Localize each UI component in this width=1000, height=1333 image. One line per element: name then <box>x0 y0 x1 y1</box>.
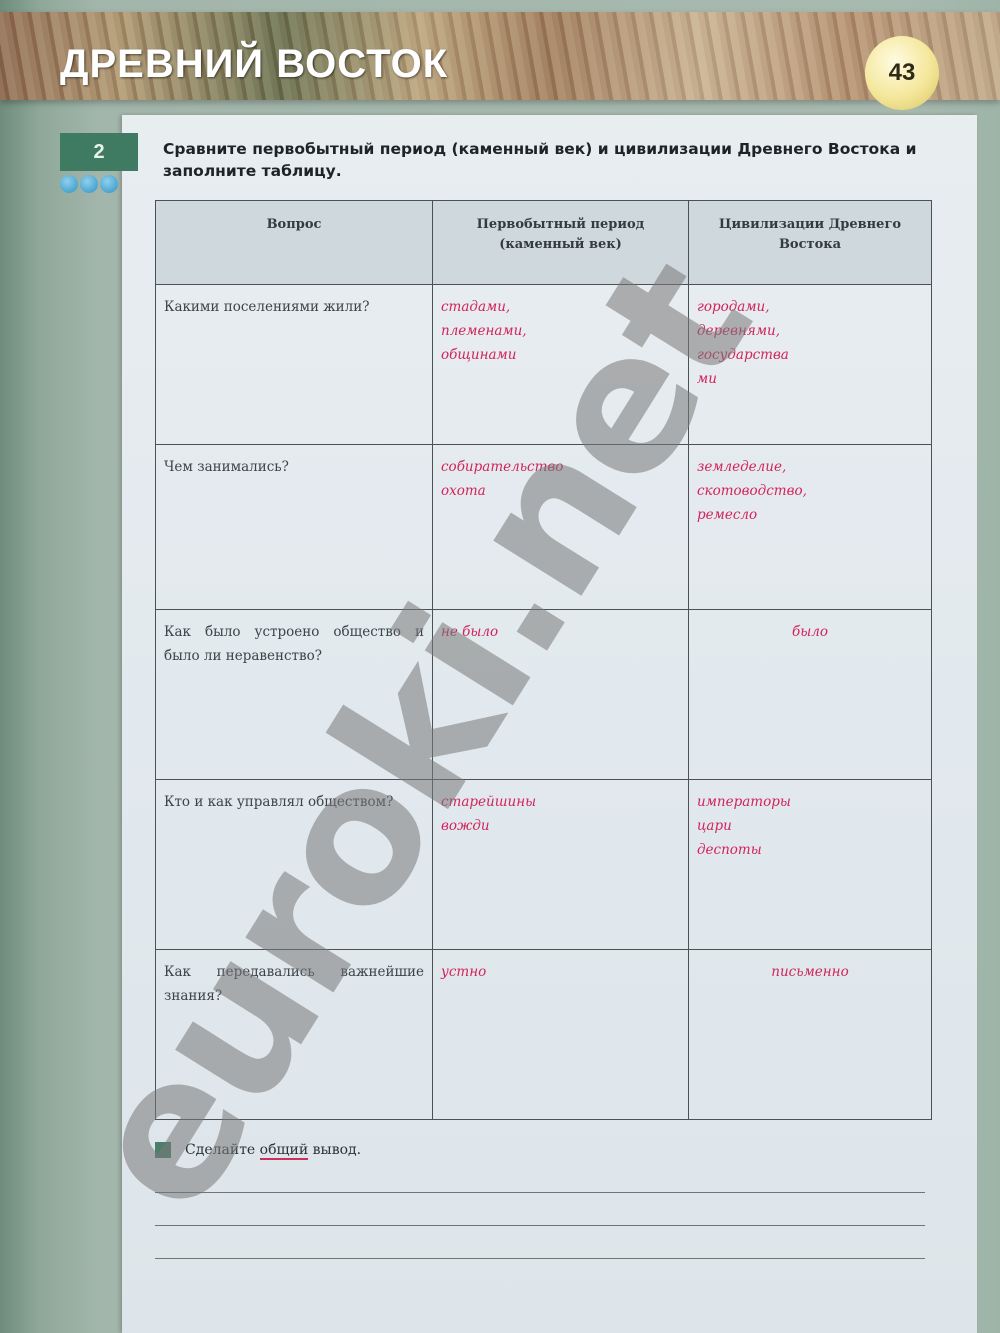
answer-line[interactable] <box>155 1192 925 1193</box>
question-cell: Кто и как управлял обществом? <box>156 780 433 950</box>
east-answer-cell[interactable]: императорыцаридеспоты <box>689 780 932 950</box>
handwritten-answer: устно <box>441 960 680 984</box>
handwritten-answer: цари <box>697 814 923 838</box>
header-primitive: Первобытный период (каменный век) <box>433 201 689 285</box>
difficulty-indicator <box>60 175 118 193</box>
handwritten-answer: государства <box>697 343 923 367</box>
chapter-banner: ДРЕВНИЙ ВОСТОК 43 <box>0 12 1000 100</box>
page-number-badge: 43 <box>865 36 939 110</box>
question-cell: Чем занимались? <box>156 445 433 610</box>
conclusion-underlined-word: общий <box>260 1142 309 1160</box>
primitive-answer-cell[interactable]: не было <box>433 610 689 780</box>
answer-line[interactable] <box>155 1258 925 1259</box>
header-question: Вопрос <box>156 201 433 285</box>
conclusion-suffix: вывод. <box>313 1142 361 1158</box>
handwritten-answer: письменно <box>697 960 923 984</box>
primitive-answer-cell[interactable]: собирательствоохота <box>433 445 689 610</box>
handwritten-answer: старейшины <box>441 790 680 814</box>
task-instruction: Сравните первобытный период (каменный ве… <box>163 138 923 182</box>
table-row: Как передавались важнейшие знания?устноп… <box>156 950 932 1120</box>
question-cell: Как было устроено общество и было ли нер… <box>156 610 433 780</box>
comparison-table: Вопрос Первобытный период (каменный век)… <box>155 200 932 1120</box>
table-row: Как было устроено общество и было ли нер… <box>156 610 932 780</box>
east-answer-cell[interactable]: письменно <box>689 950 932 1120</box>
question-cell: Как передавались важнейшие знания? <box>156 950 433 1120</box>
handwritten-answer: собирательство <box>441 455 680 479</box>
table-header-row: Вопрос Первобытный период (каменный век)… <box>156 201 932 285</box>
answer-line[interactable] <box>155 1225 925 1226</box>
handwritten-answer: городами, <box>697 295 923 319</box>
handwritten-answer: императоры <box>697 790 923 814</box>
table-row: Какими поселениями жили?стадами,племенам… <box>156 285 932 445</box>
table-row: Кто и как управлял обществом?старейшиныв… <box>156 780 932 950</box>
difficulty-dot-icon <box>100 175 118 193</box>
east-answer-cell[interactable]: было <box>689 610 932 780</box>
east-answer-cell[interactable]: земледелие,скотоводство,ремесло <box>689 445 932 610</box>
handwritten-answer: племенами, <box>441 319 680 343</box>
square-bullet-icon <box>155 1142 171 1158</box>
question-cell: Какими поселениями жили? <box>156 285 433 445</box>
task-number-badge: 2 <box>60 133 138 171</box>
table-row: Чем занимались?собирательствоохотаземлед… <box>156 445 932 610</box>
primitive-answer-cell[interactable]: устно <box>433 950 689 1120</box>
difficulty-dot-icon <box>60 175 78 193</box>
handwritten-answer: ми <box>697 367 923 391</box>
handwritten-answer: было <box>697 620 923 644</box>
handwritten-answer: охота <box>441 479 680 503</box>
handwritten-answer: деревнями, <box>697 319 923 343</box>
handwritten-answer: ремесло <box>697 503 923 527</box>
handwritten-answer: скотоводство, <box>697 479 923 503</box>
handwritten-answer: вожди <box>441 814 680 838</box>
header-east: Цивилизации Древнего Востока <box>689 201 932 285</box>
section-title: ДРЕВНИЙ ВОСТОК <box>60 42 448 87</box>
handwritten-answer: деспоты <box>697 838 923 862</box>
east-answer-cell[interactable]: городами,деревнями,государствами <box>689 285 932 445</box>
handwritten-answer: земледелие, <box>697 455 923 479</box>
primitive-answer-cell[interactable]: стадами,племенами,общинами <box>433 285 689 445</box>
handwritten-answer: общинами <box>441 343 680 367</box>
difficulty-dot-icon <box>80 175 98 193</box>
handwritten-answer: стадами, <box>441 295 680 319</box>
handwritten-answer: не было <box>441 620 680 644</box>
primitive-answer-cell[interactable]: старейшинывожди <box>433 780 689 950</box>
conclusion-prefix: Сделайте <box>185 1142 255 1158</box>
conclusion-prompt: Сделайте общий вывод. <box>155 1142 361 1158</box>
